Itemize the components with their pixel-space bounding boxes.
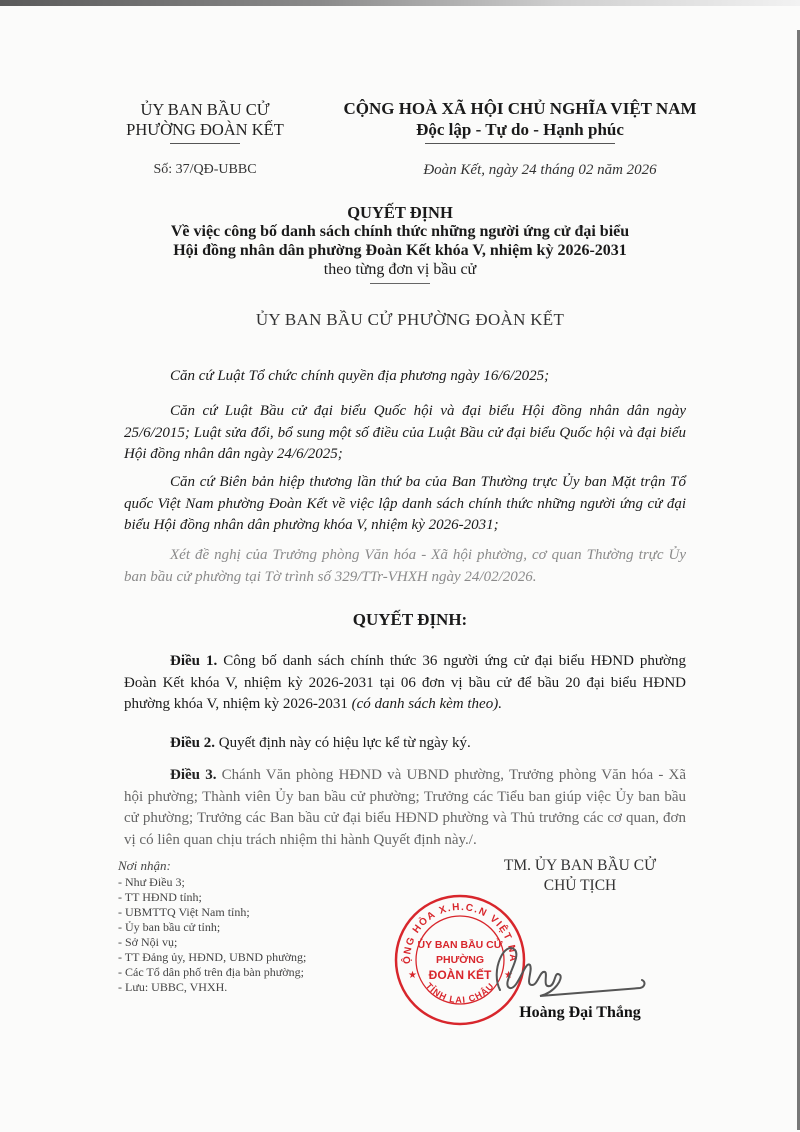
preamble-4: Xét đề nghị của Trưởng phòng Văn hóa - X… bbox=[124, 545, 686, 588]
nation-line1: CỘNG HOÀ XÃ HỘI CHỦ NGHĨA VIỆT NAM bbox=[310, 98, 730, 119]
article-2: Điều 2. Quyết định này có hiệu lực kể từ… bbox=[124, 733, 686, 755]
recipients-block: Nơi nhận: - Như Điều 3; - TT HĐND tỉnh; … bbox=[118, 858, 368, 995]
preamble-1: Căn cứ Luật Tổ chức chính quyền địa phươ… bbox=[124, 366, 686, 388]
recipient-item: - Sở Nội vụ; bbox=[118, 935, 368, 950]
recipient-item: - UBMTTQ Việt Nam tỉnh; bbox=[118, 905, 368, 920]
issuer-line1: ỦY BAN BẦU CỬ bbox=[110, 100, 300, 120]
preamble-4-text: Xét đề nghị của Trưởng phòng Văn hóa - X… bbox=[124, 547, 686, 585]
article-3: Điều 3. Chánh Văn phòng HĐND và UBND phư… bbox=[124, 765, 686, 851]
article-1-note: (có danh sách kèm theo). bbox=[352, 696, 502, 712]
document-title: QUYẾT ĐỊNH Về việc công bố danh sách chí… bbox=[140, 203, 660, 284]
on-behalf-label: TM. ỦY BAN BẦU CỬ bbox=[480, 856, 680, 876]
article-2-label: Điều 2. bbox=[170, 735, 215, 751]
title-line3: theo từng đơn vị bầu cử bbox=[140, 260, 660, 279]
recipient-item: - Các Tổ dân phố trên địa bàn phường; bbox=[118, 965, 368, 980]
scan-edge-top bbox=[0, 0, 800, 6]
signer-name: Hoàng Đại Thắng bbox=[490, 1004, 670, 1022]
article-1-label: Điều 1. bbox=[170, 653, 217, 669]
preamble-2: Căn cứ Luật Bầu cử đại biểu Quốc hội và … bbox=[124, 401, 686, 466]
title-line1: Về việc công bố danh sách chính thức nhữ… bbox=[140, 222, 660, 241]
nation-block: CỘNG HOÀ XÃ HỘI CHỦ NGHĨA VIỆT NAM Độc l… bbox=[310, 98, 730, 144]
preamble-3: Căn cứ Biên bản hiệp thương lần thứ ba c… bbox=[124, 472, 686, 537]
title-line2: Hội đồng nhân dân phường Đoàn Kết khóa V… bbox=[140, 241, 660, 260]
recipient-item: - Ủy ban bầu cử tỉnh; bbox=[118, 920, 368, 935]
issuer-underline bbox=[170, 143, 240, 144]
handwritten-signature bbox=[470, 930, 650, 1010]
nation-line2: Độc lập - Tự do - Hạnh phúc bbox=[310, 119, 730, 140]
svg-text:★: ★ bbox=[408, 970, 417, 981]
recipients-heading: Nơi nhận: bbox=[118, 858, 368, 873]
place-date: Đoàn Kết, ngày 24 tháng 02 năm 2026 bbox=[390, 162, 690, 179]
decision-heading: QUYẾT ĐỊNH: bbox=[140, 610, 680, 630]
issuer-line2: PHƯỜNG ĐOÀN KẾT bbox=[110, 120, 300, 140]
title-heading: QUYẾT ĐỊNH bbox=[140, 203, 660, 222]
preamble-2-text: Căn cứ Luật Bầu cử đại biểu Quốc hội và … bbox=[124, 403, 686, 462]
signature-title: TM. ỦY BAN BẦU CỬ CHỦ TỊCH bbox=[480, 856, 680, 896]
recipient-item: - Lưu: UBBC, VHXH. bbox=[118, 980, 368, 995]
article-3-label: Điều 3. bbox=[170, 767, 216, 783]
issuer-block: ỦY BAN BẦU CỬ PHƯỜNG ĐOÀN KẾT bbox=[110, 100, 300, 144]
preamble-3-text: Căn cứ Biên bản hiệp thương lần thứ ba c… bbox=[124, 474, 686, 533]
preamble-1-text: Căn cứ Luật Tổ chức chính quyền địa phươ… bbox=[170, 368, 549, 384]
recipient-item: - TT HĐND tỉnh; bbox=[118, 890, 368, 905]
recipient-item: - Như Điều 3; bbox=[118, 875, 368, 890]
article-2-text: Quyết định này có hiệu lực kể từ ngày ký… bbox=[215, 735, 471, 751]
recipient-item: - TT Đảng ủy, HĐND, UBND phường; bbox=[118, 950, 368, 965]
title-underline bbox=[370, 283, 430, 284]
article-1: Điều 1. Công bố danh sách chính thức 36 … bbox=[124, 651, 686, 716]
nation-underline bbox=[425, 143, 615, 144]
authority-heading: ỦY BAN BẦU CỬ PHƯỜNG ĐOÀN KẾT bbox=[140, 310, 680, 330]
document-number: Số: 37/QĐ-UBBC bbox=[110, 162, 300, 178]
